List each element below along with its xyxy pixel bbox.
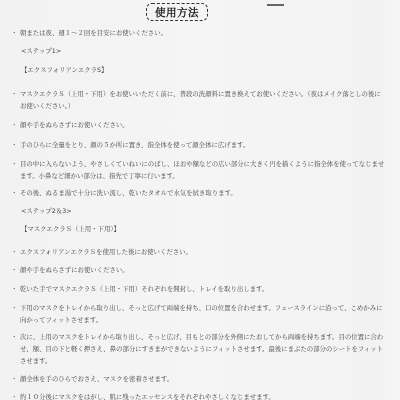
bullet: ・ xyxy=(11,27,16,39)
intro-text: 朝または夜、週１〜２回を目安にお使いください。 xyxy=(20,27,167,39)
page: 使用方法 ・ 朝または夜、週１〜２回を目安にお使いください。 <ステップ1> 【… xyxy=(0,0,400,400)
title-frame: 使用方法 xyxy=(146,3,208,21)
divider-line xyxy=(267,4,284,6)
page-title: 使用方法 xyxy=(155,5,199,20)
